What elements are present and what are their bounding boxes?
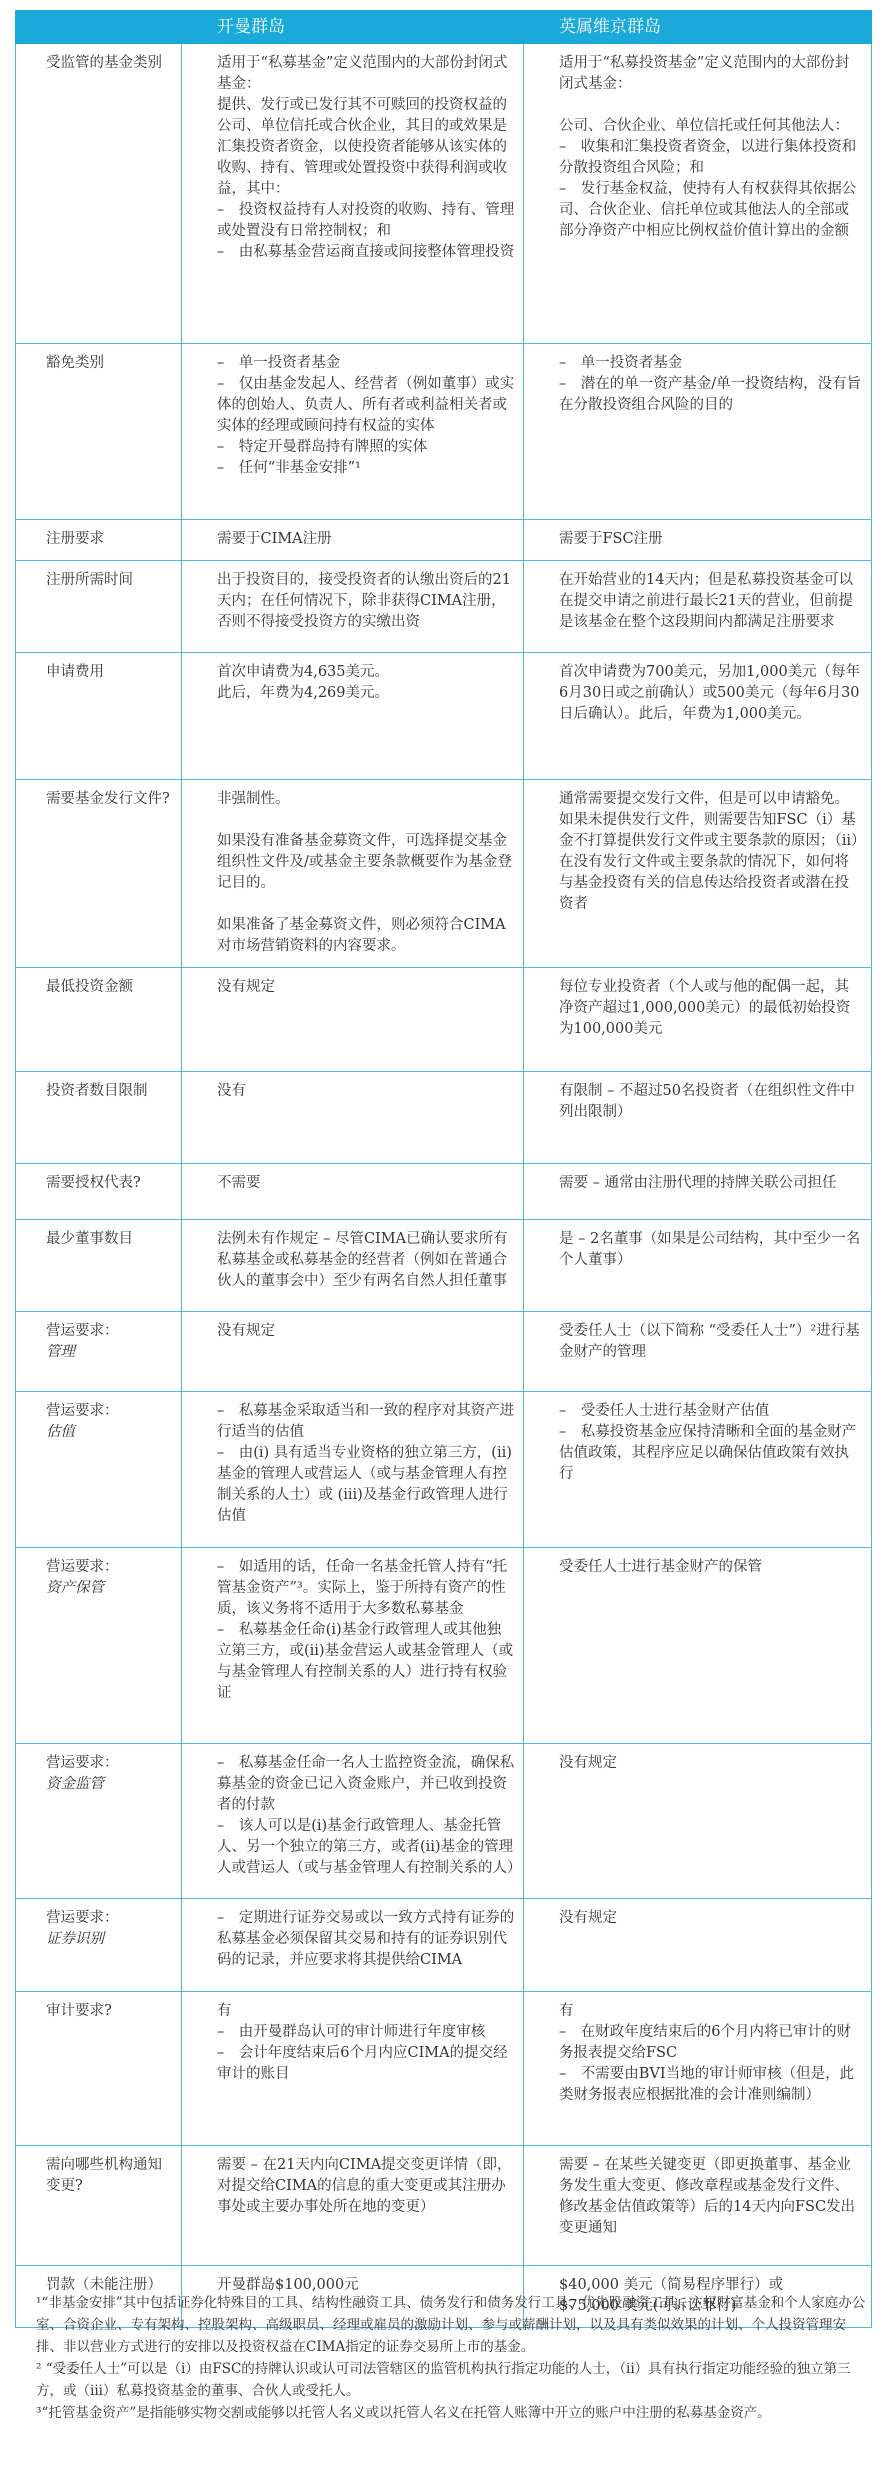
row-label-cell: 营运要求：资产保管 bbox=[16, 1548, 182, 1744]
row-label-cell: 最少董事数目 bbox=[16, 1220, 182, 1312]
row-label: 营运要求： bbox=[46, 1910, 119, 1926]
cayman-text-line: 需要于CIMA注册 bbox=[217, 529, 515, 550]
row-label: 投资者数目限制 bbox=[46, 1083, 148, 1099]
bvi-cell: 受委任人士进行基金财产的保管 bbox=[524, 1548, 872, 1744]
cayman-text-line: 没有 bbox=[217, 1081, 515, 1102]
bvi-cell: 需要 – 通常由注册代理的持牌关联公司担任 bbox=[524, 1164, 872, 1220]
bvi-text-line: 首次申请费为700美元，另加1,000美元（每年6月30日或之前确认）或500美… bbox=[559, 662, 863, 725]
table-row: 注册要求需要于CIMA注册需要于FSC注册 bbox=[16, 520, 872, 561]
row-label-cell: 豁免类别 bbox=[16, 344, 182, 520]
row-label: 受监管的基金类别 bbox=[46, 55, 162, 71]
row-label-cell: 受监管的基金类别 bbox=[16, 44, 182, 344]
table-row: 营运要求：估值– 私募基金采取适当和一致的程序对其资产进行适当的估值– 由(i)… bbox=[16, 1392, 872, 1548]
cayman-text-line: 需要 – 在21天内向CIMA提交变更详情（即，对提交给CIMA的信息的重大变更… bbox=[217, 2155, 515, 2218]
table-row: 最少董事数目法例未有作规定 – 尽管CIMA已确认要求所有私募基金或私募基金的经… bbox=[16, 1220, 872, 1312]
header-bvi: 英属维京群岛 bbox=[524, 11, 872, 44]
cayman-text-line: 法例未有作规定 – 尽管CIMA已确认要求所有私募基金或私募基金的经营者（例如在… bbox=[217, 1229, 515, 1292]
bvi-text-line: 需要 – 在某些关键变更（即更换董事、基金业务发生重大变更、修改章程或基金发行文… bbox=[559, 2155, 863, 2239]
cayman-text-line bbox=[217, 810, 515, 831]
row-label-cell: 营运要求：证券识别 bbox=[16, 1899, 182, 1992]
cayman-cell: – 私募基金采取适当和一致的程序对其资产进行适当的估值– 由(i) 具有适当专业… bbox=[182, 1392, 524, 1548]
cayman-cell: 需要 – 在21天内向CIMA提交变更详情（即，对提交给CIMA的信息的重大变更… bbox=[182, 2146, 524, 2266]
bvi-cell: 没有规定 bbox=[524, 1899, 872, 1992]
bvi-text-line: 没有规定 bbox=[559, 1908, 863, 1929]
header-blank bbox=[16, 11, 182, 44]
bvi-cell: – 受委任人士进行基金财产估值– 私募投资基金应保持清晰和全面的基金财产估值政策… bbox=[524, 1392, 872, 1548]
row-sublabel: 证券识别 bbox=[46, 1929, 171, 1950]
bvi-text-line: – 收集和汇集投资者资金，以进行集体投资和分散投资组合风险；和 bbox=[559, 137, 863, 179]
bvi-text-line: 需要于FSC注册 bbox=[559, 529, 863, 550]
bvi-text-line: – 受委任人士进行基金财产估值 bbox=[559, 1401, 863, 1422]
cayman-text-line bbox=[217, 894, 515, 915]
row-label-cell: 注册所需时间 bbox=[16, 561, 182, 653]
bvi-text-line: 受委任人士进行基金财产的保管 bbox=[559, 1557, 863, 1578]
row-label-cell: 审计要求? bbox=[16, 1992, 182, 2146]
cayman-cell: 法例未有作规定 – 尽管CIMA已确认要求所有私募基金或私募基金的经营者（例如在… bbox=[182, 1220, 524, 1312]
header-cayman: 开曼群岛 bbox=[182, 11, 524, 44]
bvi-text-line: 是 – 2名董事（如果是公司结构，其中至少一名个人董事） bbox=[559, 1229, 863, 1271]
bvi-cell: 通常需要提交发行文件，但是可以申请豁免。如果未提供发行文件，则需要告知FSC（i… bbox=[524, 780, 872, 968]
cayman-text-line: – 会计年度结束后6个月内应CIMA的提交经审计的账目 bbox=[217, 2043, 515, 2085]
row-label-cell: 需要授权代表? bbox=[16, 1164, 182, 1220]
row-label: 需要基金发行文件? bbox=[46, 791, 170, 807]
row-label-cell: 营运要求：管理 bbox=[16, 1312, 182, 1392]
cayman-text-line: – 任何“非基金安排”¹ bbox=[217, 458, 515, 479]
cayman-cell: 首次申请费为4,635美元。此后，年费为4,269美元。 bbox=[182, 653, 524, 780]
table-row: 豁免类别– 单一投资者基金– 仅由基金发起人、经营者（例如董事）或实体的创始人、… bbox=[16, 344, 872, 520]
cayman-text-line: – 私募基金任命一名人士监控资金流，确保私募基金的资金已记入资金账户，并已收到投… bbox=[217, 1753, 515, 1816]
bvi-cell: 受委任人士（以下简称 “受委任人士”）²进行基金财产的管理 bbox=[524, 1312, 872, 1392]
row-label: 注册要求 bbox=[46, 531, 104, 547]
cayman-cell: 需要于CIMA注册 bbox=[182, 520, 524, 561]
row-label: 豁免类别 bbox=[46, 355, 104, 371]
cayman-text-line: – 特定开曼群岛持有牌照的实体 bbox=[217, 437, 515, 458]
cayman-text-line: 适用于“私募基金”定义范围内的大部份封闭式基金： bbox=[217, 53, 515, 95]
footnote-1: ¹“非基金安排”其中包括证券化特殊目的工具、结构性融资工具、债务发行和债务发行工… bbox=[36, 2292, 866, 2358]
row-label: 营运要求： bbox=[46, 1323, 119, 1339]
cayman-cell: 没有规定 bbox=[182, 1312, 524, 1392]
footnote-2: ² “受委任人士”可以是（i）由FSC的持牌认识或认可司法管辖区的监管机构执行指… bbox=[36, 2358, 866, 2402]
bvi-text-line: – 在财政年度结束后的6个月内将已审计的财务报表提交给FSC bbox=[559, 2022, 863, 2064]
cayman-cell: – 如适用的话，任命一名基金托管人持有“托管基金资产”³。实际上，鉴于所持有资产… bbox=[182, 1548, 524, 1744]
cayman-text-line: – 如适用的话，任命一名基金托管人持有“托管基金资产”³。实际上，鉴于所持有资产… bbox=[217, 1557, 515, 1620]
cayman-text-line: – 投资权益持有人对投资的收购、持有、管理或处置没有日常控制权；和 bbox=[217, 200, 515, 242]
bvi-text-line: 有限制 – 不超过50名投资者（在组织性文件中列出限制） bbox=[559, 1081, 863, 1123]
cayman-text-line: – 仅由基金发起人、经营者（例如董事）或实体的创始人、负责人、所有者或利益相关者… bbox=[217, 374, 515, 437]
bvi-cell: – 单一投资者基金– 潜在的单一资产基金/单一投资结构，没有旨在分散投资组合风险… bbox=[524, 344, 872, 520]
table-row: 营运要求：资金监管– 私募基金任命一名人士监控资金流，确保私募基金的资金已记入资… bbox=[16, 1744, 872, 1899]
cayman-cell: 不需要 bbox=[182, 1164, 524, 1220]
bvi-text-line: – 发行基金权益，使持有人有权获得其依据公司、合伙企业、信托单位或其他法人的全部… bbox=[559, 179, 863, 242]
table-row: 需要授权代表?不需要需要 – 通常由注册代理的持牌关联公司担任 bbox=[16, 1164, 872, 1220]
row-label-cell: 需要基金发行文件? bbox=[16, 780, 182, 968]
row-label: 注册所需时间 bbox=[46, 572, 133, 588]
cayman-text-line: 没有规定 bbox=[217, 977, 515, 998]
bvi-cell: 适用于“私募投资基金”定义范围内的大部份封闭式基金：公司、合伙企业、单位信托或任… bbox=[524, 44, 872, 344]
cayman-cell: 没有规定 bbox=[182, 968, 524, 1072]
cayman-cell: – 定期进行证券交易或以一致方式持有证券的私募基金必须保留其交易和持有的证券识别… bbox=[182, 1899, 524, 1992]
cayman-text-line: 如果准备了基金募资文件，则必须符合CIMA对市场营销资料的内容要求。 bbox=[217, 915, 515, 957]
bvi-cell: 需要于FSC注册 bbox=[524, 520, 872, 561]
bvi-text-line: 受委任人士（以下简称 “受委任人士”）²进行基金财产的管理 bbox=[559, 1321, 863, 1363]
cayman-text-line: – 私募基金采取适当和一致的程序对其资产进行适当的估值 bbox=[217, 1401, 515, 1443]
bvi-cell: 每位专业投资者（个人或与他的配偶一起，其净资产超过1,000,000美元）的最低… bbox=[524, 968, 872, 1072]
bvi-cell: 没有规定 bbox=[524, 1744, 872, 1899]
bvi-text-line: 在开始营业的14天内；但是私募投资基金可以在提交申请之前进行最长21天的营业，但… bbox=[559, 570, 863, 633]
row-sublabel: 管理 bbox=[46, 1342, 171, 1363]
cayman-text-line: – 由(i) 具有适当专业资格的独立第三方，(ii) 基金的管理人或营运人（或与… bbox=[217, 1443, 515, 1527]
cayman-text-line: 如果没有准备基金募资文件，可选择提交基金组织性文件及/或基金主要条款概要作为基金… bbox=[217, 831, 515, 894]
cayman-cell: – 单一投资者基金– 仅由基金发起人、经营者（例如董事）或实体的创始人、负责人、… bbox=[182, 344, 524, 520]
table-row: 营运要求：证券识别– 定期进行证券交易或以一致方式持有证券的私募基金必须保留其交… bbox=[16, 1899, 872, 1992]
bvi-text-line: 公司、合伙企业、单位信托或任何其他法人： bbox=[559, 116, 863, 137]
bvi-text-line: 没有规定 bbox=[559, 1753, 863, 1774]
cayman-text-line: – 定期进行证券交易或以一致方式持有证券的私募基金必须保留其交易和持有的证券识别… bbox=[217, 1908, 515, 1971]
bvi-text-line: 适用于“私募投资基金”定义范围内的大部份封闭式基金： bbox=[559, 53, 863, 95]
cayman-text-line: 提供、发行或已发行其不可赎回的投资权益的公司、单位信托或合伙企业，其目的或效果是… bbox=[217, 95, 515, 200]
table-row: 营运要求：资产保管– 如适用的话，任命一名基金托管人持有“托管基金资产”³。实际… bbox=[16, 1548, 872, 1744]
row-label-cell: 营运要求：资金监管 bbox=[16, 1744, 182, 1899]
row-label-cell: 申请费用 bbox=[16, 653, 182, 780]
comparison-table: 开曼群岛 英属维京群岛 受监管的基金类别适用于“私募基金”定义范围内的大部份封闭… bbox=[15, 10, 872, 2328]
cayman-text-line: 首次申请费为4,635美元。 bbox=[217, 662, 515, 683]
row-label: 需要授权代表? bbox=[46, 1175, 141, 1191]
table-row: 申请费用首次申请费为4,635美元。此后，年费为4,269美元。首次申请费为70… bbox=[16, 653, 872, 780]
cayman-cell: – 私募基金任命一名人士监控资金流，确保私募基金的资金已记入资金账户，并已收到投… bbox=[182, 1744, 524, 1899]
cayman-text-line: 此后，年费为4,269美元。 bbox=[217, 683, 515, 704]
footnote-3: ³“托管基金资产”是指能够实物交割或能够以托管人名义或以托管人名义在托管人账簿中… bbox=[36, 2402, 866, 2424]
bvi-text-line: 需要 – 通常由注册代理的持牌关联公司担任 bbox=[559, 1173, 863, 1194]
row-label: 申请费用 bbox=[46, 664, 104, 680]
row-sublabel: 资产保管 bbox=[46, 1578, 171, 1599]
cayman-text-line: – 由开曼群岛认可的审计师进行年度审核 bbox=[217, 2022, 515, 2043]
bvi-cell: 有限制 – 不超过50名投资者（在组织性文件中列出限制） bbox=[524, 1072, 872, 1164]
bvi-text-line: – 不需要由BVI当地的审计师审核（但是，此类财务报表应根据批准的会计准则编制） bbox=[559, 2064, 863, 2106]
table-body: 受监管的基金类别适用于“私募基金”定义范围内的大部份封闭式基金：提供、发行或已发… bbox=[16, 44, 872, 2328]
cayman-text-line: – 该人可以是(i)基金行政管理人、基金托管人、另一个独立的第三方，或者(ii)… bbox=[217, 1816, 515, 1879]
table-row: 营运要求：管理没有规定受委任人士（以下简称 “受委任人士”）²进行基金财产的管理 bbox=[16, 1312, 872, 1392]
bvi-text-line: 通常需要提交发行文件，但是可以申请豁免。如果未提供发行文件，则需要告知FSC（i… bbox=[559, 789, 863, 915]
row-label: 营运要求： bbox=[46, 1559, 119, 1575]
row-label: 营运要求： bbox=[46, 1755, 119, 1771]
row-label: 营运要求： bbox=[46, 1403, 119, 1419]
row-sublabel: 估值 bbox=[46, 1422, 171, 1443]
bvi-cell: 有– 在财政年度结束后的6个月内将已审计的财务报表提交给FSC– 不需要由BVI… bbox=[524, 1992, 872, 2146]
table-row: 注册所需时间出于投资目的，接受投资者的认缴出资后的21天内；在任何情况下，除非获… bbox=[16, 561, 872, 653]
cayman-cell: 有– 由开曼群岛认可的审计师进行年度审核– 会计年度结束后6个月内应CIMA的提… bbox=[182, 1992, 524, 2146]
table-row: 审计要求?有– 由开曼群岛认可的审计师进行年度审核– 会计年度结束后6个月内应C… bbox=[16, 1992, 872, 2146]
row-label-cell: 投资者数目限制 bbox=[16, 1072, 182, 1164]
row-label-cell: 营运要求：估值 bbox=[16, 1392, 182, 1548]
cayman-text-line: 非强制性。 bbox=[217, 789, 515, 810]
table-header-row: 开曼群岛 英属维京群岛 bbox=[16, 11, 872, 44]
table-row: 受监管的基金类别适用于“私募基金”定义范围内的大部份封闭式基金：提供、发行或已发… bbox=[16, 44, 872, 344]
footnotes: ¹“非基金安排”其中包括证券化特殊目的工具、结构性融资工具、债务发行和债务发行工… bbox=[36, 2292, 866, 2424]
row-label-cell: 需向哪些机构通知变更? bbox=[16, 2146, 182, 2266]
table-row: 需向哪些机构通知变更?需要 – 在21天内向CIMA提交变更详情（即，对提交给C… bbox=[16, 2146, 872, 2266]
cayman-text-line: 有 bbox=[217, 2001, 515, 2022]
bvi-text-line bbox=[559, 95, 863, 116]
cayman-text-line: 没有规定 bbox=[217, 1321, 515, 1342]
cayman-text-line: 出于投资目的，接受投资者的认缴出资后的21天内；在任何情况下，除非获得CIMA注… bbox=[217, 570, 515, 633]
bvi-text-line: – 潜在的单一资产基金/单一投资结构，没有旨在分散投资组合风险的目的 bbox=[559, 374, 863, 416]
table-row: 投资者数目限制没有有限制 – 不超过50名投资者（在组织性文件中列出限制） bbox=[16, 1072, 872, 1164]
row-label: 最低投资金额 bbox=[46, 979, 133, 995]
bvi-cell: 首次申请费为700美元，另加1,000美元（每年6月30日或之前确认）或500美… bbox=[524, 653, 872, 780]
cayman-text-line: – 私募基金任命(i)基金行政管理人或其他独立第三方，或(ii)基金营运人或基金… bbox=[217, 1620, 515, 1704]
cayman-text-line: – 单一投资者基金 bbox=[217, 353, 515, 374]
cayman-cell: 没有 bbox=[182, 1072, 524, 1164]
cayman-cell: 非强制性。如果没有准备基金募资文件，可选择提交基金组织性文件及/或基金主要条款概… bbox=[182, 780, 524, 968]
cayman-cell: 适用于“私募基金”定义范围内的大部份封闭式基金：提供、发行或已发行其不可赎回的投… bbox=[182, 44, 524, 344]
row-label-cell: 注册要求 bbox=[16, 520, 182, 561]
bvi-cell: 在开始营业的14天内；但是私募投资基金可以在提交申请之前进行最长21天的营业，但… bbox=[524, 561, 872, 653]
cayman-text-line: 不需要 bbox=[217, 1173, 515, 1194]
cayman-text-line: – 由私募基金营运商直接或间接整体管理投资 bbox=[217, 242, 515, 263]
table-row: 最低投资金额没有规定每位专业投资者（个人或与他的配偶一起，其净资产超过1,000… bbox=[16, 968, 872, 1072]
bvi-cell: 是 – 2名董事（如果是公司结构，其中至少一名个人董事） bbox=[524, 1220, 872, 1312]
bvi-cell: 需要 – 在某些关键变更（即更换董事、基金业务发生重大变更、修改章程或基金发行文… bbox=[524, 2146, 872, 2266]
row-label: 需向哪些机构通知变更? bbox=[46, 2157, 162, 2194]
table-row: 需要基金发行文件?非强制性。如果没有准备基金募资文件，可选择提交基金组织性文件及… bbox=[16, 780, 872, 968]
row-sublabel: 资金监管 bbox=[46, 1774, 171, 1795]
bvi-text-line: 有 bbox=[559, 2001, 863, 2022]
row-label: 罚款（未能注册） bbox=[46, 2277, 162, 2293]
cayman-cell: 出于投资目的，接受投资者的认缴出资后的21天内；在任何情况下，除非获得CIMA注… bbox=[182, 561, 524, 653]
bvi-text-line: – 单一投资者基金 bbox=[559, 353, 863, 374]
row-label: 审计要求? bbox=[46, 2003, 112, 2019]
bvi-text-line: 每位专业投资者（个人或与他的配偶一起，其净资产超过1,000,000美元）的最低… bbox=[559, 977, 863, 1040]
row-label-cell: 最低投资金额 bbox=[16, 968, 182, 1072]
row-label: 最少董事数目 bbox=[46, 1231, 133, 1247]
bvi-text-line: – 私募投资基金应保持清晰和全面的基金财产估值政策，其程序应足以确保估值政策有效… bbox=[559, 1422, 863, 1485]
